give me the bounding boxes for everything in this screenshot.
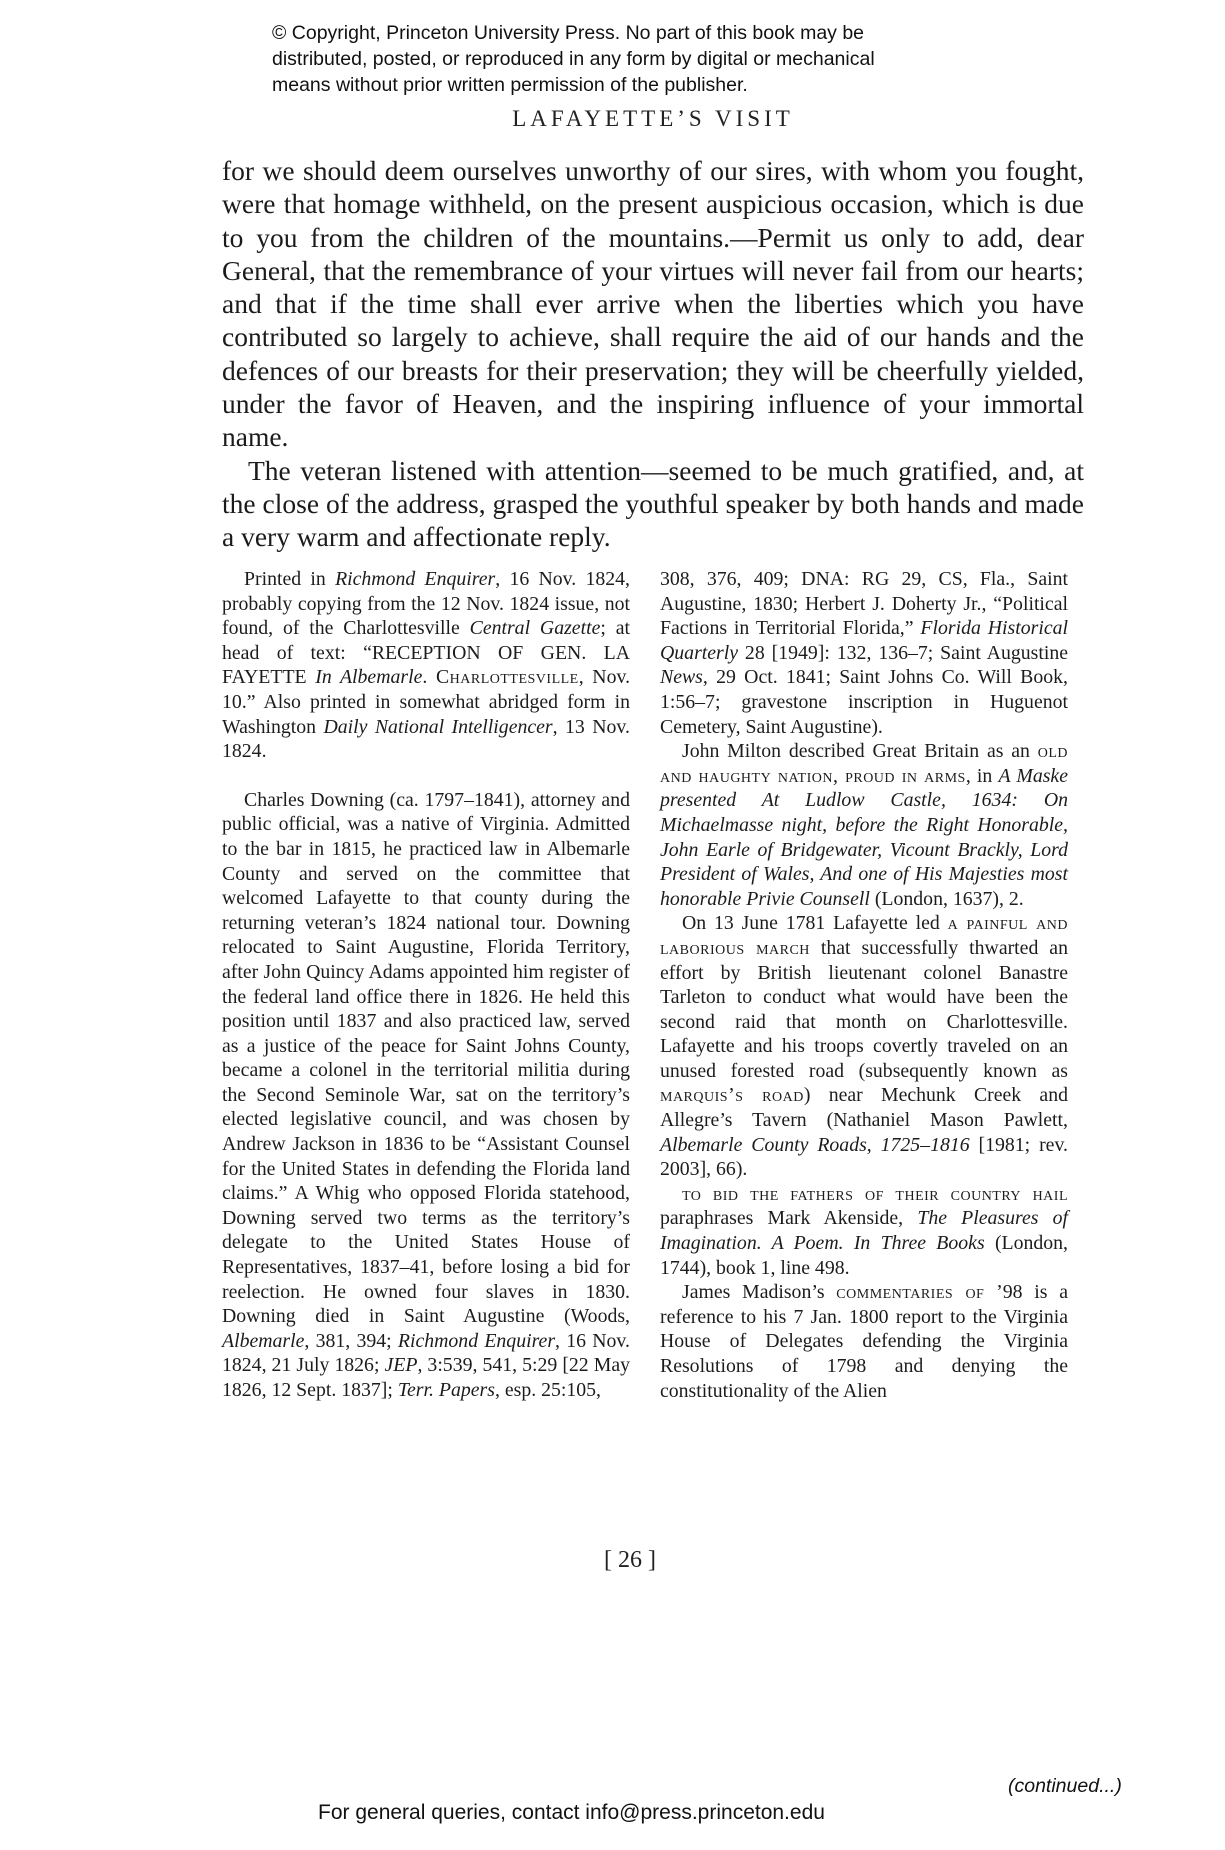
- note-text: , esp. 25:105,: [495, 1379, 601, 1401]
- italic-title: News: [660, 666, 703, 688]
- copyright-line: distributed, posted, or reproduced in an…: [272, 46, 972, 72]
- note-paragraph: On 13 June 1781 Lafayette led A PAINFUL …: [660, 911, 1068, 1182]
- running-head: LAFAYETTE’S VISIT: [222, 106, 1084, 132]
- main-paragraph: for we should deem ourselves unworthy of…: [222, 154, 1084, 454]
- note-paragraph: Printed in Richmond Enquirer, 16 Nov. 18…: [222, 567, 630, 764]
- copyright-line: © Copyright, Princeton University Press.…: [272, 20, 972, 46]
- note-paragraph: TO BID THE FATHERS OF THEIR COUNTRY HAIL…: [660, 1182, 1068, 1280]
- italic-title: Central Gazette: [470, 617, 601, 639]
- page-number: [ 26 ]: [590, 1547, 670, 1574]
- note-text: Charles Downing (ca. 1797–1841), attorne…: [222, 789, 630, 1327]
- small-caps-lemma: COMMENTARIES OF: [836, 1281, 984, 1303]
- italic-title: Albemarle County Roads, 1725–1816: [660, 1134, 970, 1156]
- italic-title: Richmond Enquirer: [398, 1330, 555, 1352]
- copyright-line: means without prior written permission o…: [272, 72, 972, 98]
- note-text: On 13 June 1781 Lafayette led: [682, 912, 948, 934]
- note-text: , 29 Oct. 1841; Saint Johns Co. Will Boo…: [660, 666, 1068, 737]
- note-text: paraphrases Mark Akenside,: [660, 1207, 917, 1229]
- note-text: (London, 1637), 2.: [870, 888, 1024, 910]
- note-paragraph: 308, 376, 409; DNA: RG 29, CS, Fla., Sai…: [660, 567, 1068, 739]
- note-text: James Madison’s: [682, 1281, 836, 1303]
- copyright-notice: © Copyright, Princeton University Press.…: [272, 20, 972, 98]
- italic-title: Terr. Papers: [398, 1379, 495, 1401]
- italic-title: In Albemarle: [315, 666, 422, 688]
- italic-title: Daily National Intelligencer: [323, 716, 552, 738]
- note-text: , 381, 394;: [304, 1330, 397, 1352]
- small-caps-text: Charlottesville: [436, 666, 579, 688]
- note-text: .: [422, 666, 436, 688]
- italic-title: JEP: [384, 1354, 417, 1376]
- note-paragraph: James Madison’s COMMENTARIES OF ’98 is a…: [660, 1280, 1068, 1403]
- notes-column-right: 308, 376, 409; DNA: RG 29, CS, Fla., Sai…: [660, 567, 1068, 1403]
- note-paragraph: Charles Downing (ca. 1797–1841), attorne…: [222, 788, 630, 1403]
- continued-note: (continued...): [1008, 1775, 1122, 1798]
- note-text: , in: [966, 765, 999, 787]
- note-text: Printed in: [244, 568, 335, 590]
- italic-title: Richmond Enquirer: [335, 568, 495, 590]
- note-text: John Milton described Great Britain as a…: [682, 740, 1038, 762]
- footer-contact: For general queries, contact info@press.…: [318, 1801, 825, 1825]
- small-caps-lemma: MARQUIS’S ROAD: [660, 1084, 804, 1106]
- notes-column-left: Printed in Richmond Enquirer, 16 Nov. 18…: [222, 567, 630, 1403]
- small-caps-lemma: TO BID THE FATHERS OF THEIR COUNTRY HAIL: [682, 1183, 1068, 1205]
- main-text: for we should deem ourselves unworthy of…: [222, 154, 1084, 554]
- main-paragraph: The veteran listened with attention—seem…: [222, 454, 1084, 554]
- note-text: 28 [1949]: 132, 136–7; Saint Augustine: [738, 642, 1068, 664]
- note-paragraph: John Milton described Great Britain as a…: [660, 739, 1068, 911]
- italic-title: Albemarle: [222, 1330, 304, 1352]
